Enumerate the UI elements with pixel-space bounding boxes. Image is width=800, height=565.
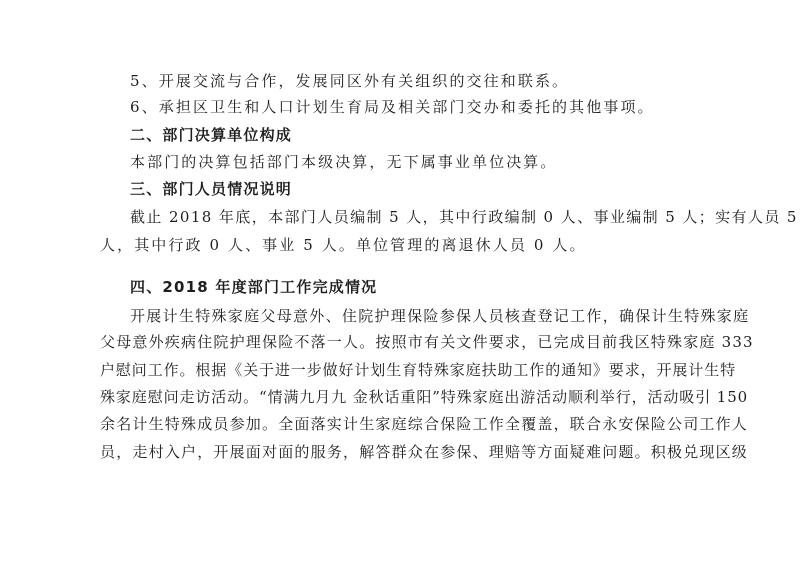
paragraph-line: 人，其中行政 0 人、事业 5 人。单位管理的离退休人员 0 人。 (100, 235, 706, 255)
list-item: 6、承担区卫生和人口计划生育局及相关部门交办和委托的其他事项。 (130, 97, 706, 117)
section-heading: 二、部门决算单位构成 (130, 125, 706, 145)
section-heading: 四、2018 年度部门工作完成情况 (130, 277, 706, 297)
paragraph-line: 父母意外疾病住院护理保险不落一人。按照市有关文件要求，已完成目前我区特殊家庭 3… (100, 332, 706, 352)
list-item: 5、开展交流与合作，发展同区外有关组织的交往和联系。 (130, 71, 706, 91)
paragraph-line: 截止 2018 年底，本部门人员编制 5 人，其中行政编制 0 人、事业编制 5… (130, 207, 706, 227)
paragraph-line: 员，走村入户，开展面对面的服务，解答群众在参保、理赔等方面疑难问题。积极兑现区级 (100, 442, 706, 462)
paragraph-line: 余名计生特殊成员参加。全面落实计生家庭综合保险工作全覆盖，联合永安保险公司工作人 (100, 414, 706, 434)
section-heading: 三、部门人员情况说明 (130, 179, 706, 199)
paragraph-line: 户慰问工作。根据《关于进一步做好计划生育特殊家庭扶助工作的通知》要求，开展计生特 (100, 360, 706, 380)
paragraph-line: 本部门的决算包括部门本级决算，无下属事业单位决算。 (130, 152, 706, 172)
paragraph-line: 殊家庭慰问走访活动。“情满九月九 金秋话重阳”特殊家庭出游活动顺利举行，活动吸引… (100, 387, 706, 407)
paragraph-line: 开展计生特殊家庭父母意外、住院护理保险参保人员核查登记工作，确保计生特殊家庭 (130, 306, 706, 326)
document-page: 5、开展交流与合作，发展同区外有关组织的交往和联系。 6、承担区卫生和人口计划生… (0, 0, 800, 565)
